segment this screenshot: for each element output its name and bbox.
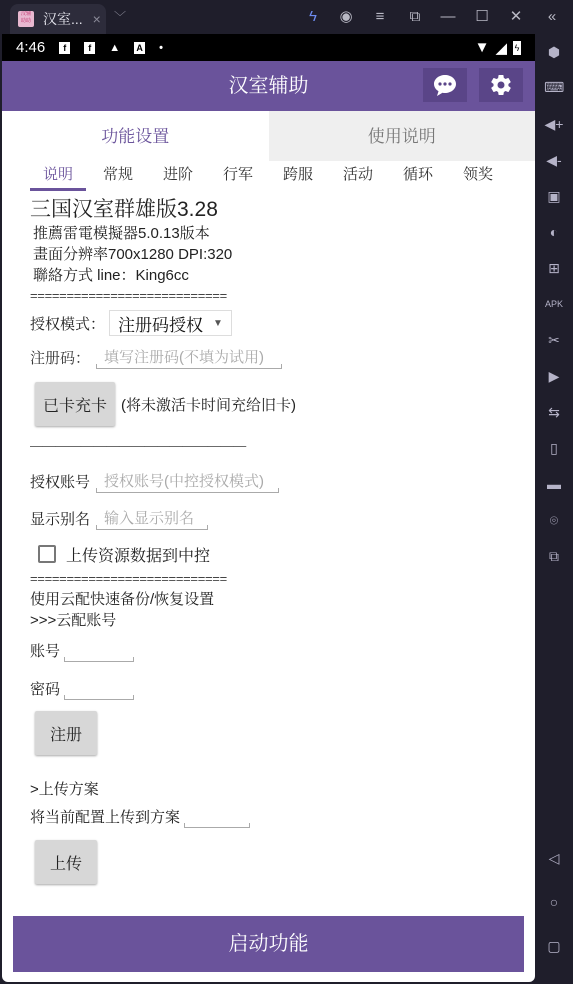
register-button[interactable]: 注册 xyxy=(35,711,97,755)
tab-title: 汉室... xyxy=(43,9,83,29)
recharge-row: 已卡充卡 (将未激活卡时间充给旧卡) xyxy=(30,382,535,426)
account-icon[interactable]: ◉ xyxy=(335,7,357,27)
facebook-icon: f xyxy=(59,42,70,54)
upload-button[interactable]: 上传 xyxy=(35,840,97,884)
main-tabs: 功能设置 使用说明 xyxy=(2,111,535,161)
home-icon[interactable]: ○ xyxy=(544,892,564,912)
status-bar: 4:46 f f ▲ A • ▼ ◢ ϟ xyxy=(2,34,535,61)
signal-icon: ◢ xyxy=(495,39,507,57)
password-label: 密码 xyxy=(30,678,60,699)
settings-content: 三国汉室群雄版3.28 推薦雷電模擬器5.0.13版本 畫面分辨率700x128… xyxy=(2,193,535,884)
account-row: 账号 xyxy=(30,637,535,663)
tab-function-settings[interactable]: 功能设置 xyxy=(2,111,269,161)
close-icon[interactable]: ✕ xyxy=(505,7,527,27)
upload-plan-row: 将当前配置上传到方案 xyxy=(30,804,535,828)
separator-dash: ————————————————— xyxy=(30,438,535,454)
settings-button[interactable] xyxy=(479,68,523,102)
alias-label: 显示别名 xyxy=(30,508,90,529)
tab-usage-instructions[interactable]: 使用说明 xyxy=(269,111,536,161)
recharge-note: (将未激活卡时间充给旧卡) xyxy=(121,394,296,415)
separator: =========================== xyxy=(30,288,535,304)
settings-hex-icon[interactable]: ⬢ xyxy=(544,42,564,62)
subtab-advanced[interactable]: 进阶 xyxy=(148,161,208,191)
upload-plan-label: 将当前配置上传到方案 xyxy=(30,806,180,827)
recharge-button[interactable]: 已卡充卡 xyxy=(35,382,115,426)
a-notification-icon: A xyxy=(134,42,145,54)
cloud-account-header: >>>云配账号 xyxy=(30,610,535,631)
gear-icon xyxy=(489,73,513,97)
macro-record-icon[interactable]: ◐ xyxy=(544,222,564,242)
start-function-button[interactable]: 启动功能 xyxy=(13,916,524,972)
apk-install-icon[interactable]: APK xyxy=(544,294,564,314)
alias-row: 显示别名 输入显示别名 xyxy=(30,504,535,532)
android-screen: 4:46 f f ▲ A • ▼ ◢ ϟ 汉室辅助 功能设置 使用说明 说明 常… xyxy=(2,34,535,982)
alias-input[interactable]: 输入显示别名 xyxy=(96,506,208,530)
reg-code-label: 注册码： xyxy=(30,347,90,368)
reg-code-placeholder: 填写注册码(不填为试用) xyxy=(104,346,264,367)
window-titlebar: 汉辅助助 汉室... × ﹀ ϟ ◉ ≡ ⧉ — ☐ ✕ « xyxy=(0,0,573,34)
dot-icon: • xyxy=(159,42,163,54)
app-bar: 汉室辅助 xyxy=(2,61,535,111)
subtab-cross-server[interactable]: 跨服 xyxy=(268,161,328,191)
back-icon[interactable]: ◁ xyxy=(544,848,564,868)
scissors-icon[interactable]: ✂ xyxy=(544,330,564,350)
auth-mode-value: 注册码授权 xyxy=(118,311,203,336)
status-time: 4:46 xyxy=(16,39,45,56)
facebook-icon: f xyxy=(84,42,95,54)
upload-resource-row: 上传资源数据到中控 xyxy=(30,541,535,567)
account-input[interactable] xyxy=(64,638,134,662)
auth-account-row: 授权账号 授权账号(中控授权模式) xyxy=(30,467,535,495)
sync-icon[interactable]: ⇆ xyxy=(544,402,564,422)
reg-code-input[interactable]: 填写注册码(不填为试用) xyxy=(96,345,282,369)
warning-icon: ▲ xyxy=(109,42,120,54)
separator: =========================== xyxy=(30,571,535,587)
auth-account-placeholder: 授权账号(中控授权模式) xyxy=(104,470,264,491)
subtab-events[interactable]: 活动 xyxy=(328,161,388,191)
upload-resource-label: 上传资源数据到中控 xyxy=(66,543,210,566)
screenshot-icon[interactable]: ▣ xyxy=(544,186,564,206)
tab-dropdown-chevron-icon[interactable]: ﹀ xyxy=(114,8,126,25)
auth-mode-row: 授权模式： 注册码授权 ▼ xyxy=(30,309,535,337)
screen-rotate-icon[interactable]: ⧉ xyxy=(404,7,426,27)
subtab-march[interactable]: 行军 xyxy=(208,161,268,191)
password-row: 密码 xyxy=(30,675,535,701)
auth-mode-select[interactable]: 注册码授权 ▼ xyxy=(109,310,232,336)
browser-tab[interactable]: 汉辅助助 汉室... × xyxy=(10,4,106,34)
upload-resource-checkbox[interactable] xyxy=(38,545,56,563)
volume-down-icon[interactable]: ◀- xyxy=(544,150,564,170)
auth-account-label: 授权账号 xyxy=(30,471,90,492)
location-icon[interactable]: ⌾ xyxy=(544,510,564,530)
minimize-icon[interactable]: — xyxy=(437,7,459,27)
maximize-icon[interactable]: ☐ xyxy=(471,7,493,27)
dropdown-caret-icon: ▼ xyxy=(213,318,223,329)
auth-mode-label: 授权模式： xyxy=(30,313,105,334)
info-emulator: 推薦雷電模擬器5.0.13版本 xyxy=(30,223,535,244)
rotate-icon[interactable]: ⧉ xyxy=(544,546,564,566)
volume-up-icon[interactable]: ◀+ xyxy=(544,114,564,134)
video-record-icon[interactable]: ▶ xyxy=(544,366,564,386)
keyboard-icon[interactable]: ⌨ xyxy=(544,77,564,97)
alias-placeholder: 输入显示别名 xyxy=(104,507,194,528)
subtab-rewards[interactable]: 领奖 xyxy=(448,161,508,191)
recents-icon[interactable]: ▢ xyxy=(544,936,564,956)
upload-plan-header: >上传方案 xyxy=(30,779,535,800)
app-favicon-icon: 汉辅助助 xyxy=(18,11,34,27)
collapse-sidebar-icon[interactable]: « xyxy=(541,7,563,27)
game-version-title: 三国汉室群雄版3.28 xyxy=(30,193,535,223)
subtab-general[interactable]: 常规 xyxy=(88,161,148,191)
sub-tabs: 说明 常规 进阶 行军 跨服 活动 循环 领奖 xyxy=(2,161,535,191)
password-input[interactable] xyxy=(64,676,134,700)
multi-instance-icon[interactable]: ⊞ xyxy=(544,258,564,278)
menu-icon[interactable]: ≡ xyxy=(369,7,391,27)
account-label: 账号 xyxy=(30,640,60,661)
battery-charging-icon: ϟ xyxy=(513,41,521,55)
subtab-instructions[interactable]: 说明 xyxy=(28,161,88,191)
info-contact: 聯絡方式 line：King6cc xyxy=(30,265,535,286)
emulator-sidebar: ⬢ ⌨ ◀+ ◀- ▣ ◐ ⊞ APK ✂ ▶ ⇆ ▯ ▬ ⌾ ⧉ ◁ ○ ▢ xyxy=(535,34,573,984)
cloud-desc: 使用云配快速备份/恢复设置 xyxy=(30,589,535,610)
chat-button[interactable] xyxy=(423,68,467,102)
auth-account-input[interactable]: 授权账号(中控授权模式) xyxy=(96,469,279,493)
folder-icon[interactable]: ▬ xyxy=(544,474,564,494)
info-resolution: 畫面分辨率700x1280 DPI:320 xyxy=(30,244,535,265)
tab-close-icon[interactable]: × xyxy=(93,11,101,27)
subtab-loop[interactable]: 循环 xyxy=(388,161,448,191)
bolt-icon[interactable]: ϟ xyxy=(302,7,324,27)
shake-icon[interactable]: ▯ xyxy=(544,438,564,458)
upload-plan-input[interactable] xyxy=(184,804,250,828)
chat-bubble-icon xyxy=(432,73,458,97)
reg-code-row: 注册码： 填写注册码(不填为试用) xyxy=(30,343,535,371)
wifi-icon: ▼ xyxy=(475,39,490,56)
